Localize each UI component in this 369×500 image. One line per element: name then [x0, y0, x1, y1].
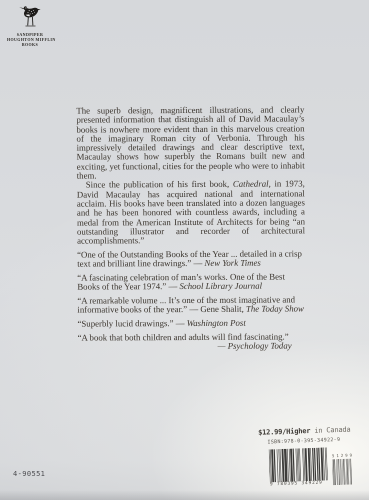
description-paragraph-1: The superb design, magnificent illustrat…	[76, 105, 304, 181]
addon-bars	[332, 459, 352, 486]
back-cover-text: The superb design, magnificent illustrat…	[76, 105, 305, 352]
print-code: 4-90551	[13, 470, 45, 478]
ean13-bars	[269, 447, 328, 482]
sandpiper-bird-icon	[15, 3, 45, 30]
review-quote-nyt: “One of the Outstanding Books of the Yea…	[77, 249, 305, 269]
publisher-books-label: BOOKS	[7, 42, 53, 47]
price-addon-barcode: 51299	[332, 453, 353, 486]
isbn-label: ISBN:978-0-395-34922-9	[258, 436, 360, 446]
description-paragraph-2: Since the publication of his first book,…	[77, 180, 305, 246]
review-attribution-psychology-today: — Psychology Today	[78, 342, 306, 352]
book-back-cover: SANDPIPER HOUGHTON MIFFLIN BOOKS The sup…	[0, 0, 369, 500]
barcode-digits: 9 780395 349229	[270, 480, 328, 487]
addon-digits: 51299	[332, 453, 352, 459]
review-quote-today-show: “A remarkable volume ... It’s one of the…	[77, 296, 305, 316]
review-quote-slj: “A fascinating celebration of man’s work…	[77, 272, 305, 292]
review-quote-washington-post: “Superbly lucid drawings.” — Washington …	[77, 319, 305, 329]
ean13-barcode: 9 780395 349229	[269, 447, 328, 487]
barcode-group: 9 780395 349229 51299	[259, 446, 362, 488]
price-value: $12.99/Higher	[258, 427, 310, 437]
price-barcode-block: $12.99/Higher in Canada ISBN:978-0-395-3…	[258, 425, 362, 488]
price-region: in Canada	[310, 426, 350, 435]
publisher-logo: SANDPIPER HOUGHTON MIFFLIN BOOKS	[7, 3, 53, 47]
price-label: $12.99/Higher in Canada	[258, 425, 360, 437]
